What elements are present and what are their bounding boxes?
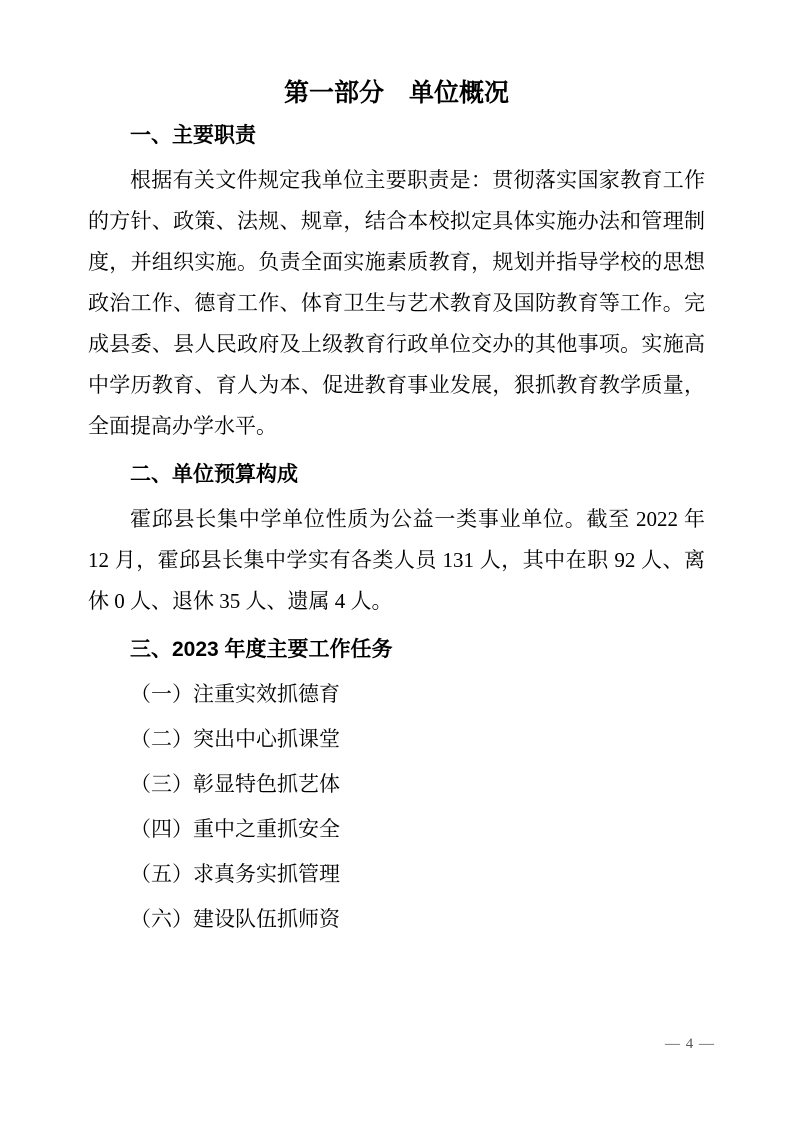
task-list: （一）注重实效抓德育 （二）突出中心抓课堂 （三）彰显特色抓艺体 （四）重中之重… [88, 674, 705, 940]
page-number: — 4 — [665, 1036, 715, 1053]
task-item-6: （六）建设队伍抓师资 [88, 899, 705, 940]
task-item-1: （一）注重实效抓德育 [88, 674, 705, 715]
section-heading-budget-composition: 二、单位预算构成 [88, 459, 705, 491]
page-content: 第一部分 单位概况 一、主要职责 根据有关文件规定我单位主要职责是：贯彻落实国家… [0, 0, 793, 940]
paragraph-budget-composition: 霍邱县长集中学单位性质为公益一类事业单位。截至 2022 年 12 月，霍邱县长… [88, 499, 705, 622]
paragraph-main-duties: 根据有关文件规定我单位主要职责是：贯彻落实国家教育工作的方针、政策、法规、规章，… [88, 160, 705, 447]
document-page: 第一部分 单位概况 一、主要职责 根据有关文件规定我单位主要职责是：贯彻落实国家… [0, 0, 793, 1122]
task-item-5: （五）求真务实抓管理 [88, 854, 705, 895]
task-item-4: （四）重中之重抓安全 [88, 809, 705, 850]
section-heading-main-duties: 一、主要职责 [88, 120, 705, 152]
page-title: 第一部分 单位概况 [88, 78, 705, 108]
task-item-3: （三）彰显特色抓艺体 [88, 764, 705, 805]
section-heading-2023-tasks: 三、2023 年度主要工作任务 [88, 634, 705, 666]
task-item-2: （二）突出中心抓课堂 [88, 719, 705, 760]
